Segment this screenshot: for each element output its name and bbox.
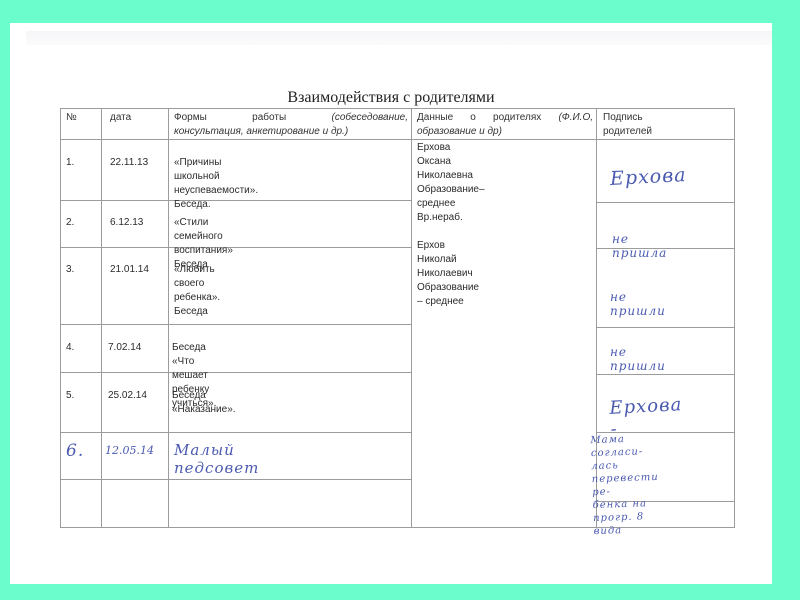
row-line-left <box>60 247 411 248</box>
row-1-form-line2: Беседа. <box>174 198 258 212</box>
row-line-left <box>60 324 411 325</box>
row-5-date: 25.02.14 <box>108 389 147 403</box>
header-forms-line2: консультация, анкетирование и др.) <box>174 126 348 137</box>
col-line-2 <box>168 108 169 528</box>
row-6-form: Малый педсовет <box>174 441 259 477</box>
row-4-number: 4. <box>66 341 74 355</box>
row-1-form: «Причины школьной неуспеваемости». Бесед… <box>174 156 258 212</box>
col-line-0 <box>60 108 61 528</box>
row-3-number: 3. <box>66 263 74 277</box>
row-6-signature-line: лась перевести ре- <box>591 458 659 499</box>
father-education: Образование – среднее <box>417 281 485 309</box>
header-number: № <box>66 111 77 125</box>
header-signature: Подпись родителей <box>603 111 652 139</box>
row-line-signature <box>596 327 734 328</box>
col-line-5 <box>734 108 735 528</box>
row-1-form-line1: «Причины школьной неуспеваемости». <box>174 156 258 198</box>
row-line-left <box>60 479 411 480</box>
table-border-top <box>60 108 734 109</box>
row-2-signature: не пришла <box>612 232 667 260</box>
row-6-signature-line: бенка на прогр. 8 вида <box>592 497 660 538</box>
row-1-number: 1. <box>66 156 74 170</box>
header-parents-word: (Ф.И.О, <box>558 111 593 125</box>
header-parents-word: Данные <box>417 111 453 125</box>
header-parents: Данные о родителях (Ф.И.О, образование и… <box>417 111 593 139</box>
row-3-form: «Любить своего ребенка». Беседа <box>174 263 220 319</box>
col-line-1 <box>101 108 102 528</box>
row-5-number: 5. <box>66 389 74 403</box>
header-parents-line2: образование и др) <box>417 126 502 137</box>
row-4-signature: не пришли <box>610 345 666 373</box>
scan-artifact-strip <box>26 31 772 45</box>
row-3-date: 21.01.14 <box>110 263 149 277</box>
header-divider <box>60 139 734 140</box>
header-forms-word: Формы <box>174 111 207 125</box>
row-2-number: 2. <box>66 216 74 230</box>
scanned-document: Взаимодействия с родителями № дата <box>10 23 772 584</box>
row-6-number: 6. <box>66 441 84 461</box>
mother-education: Образование– среднее <box>417 183 485 211</box>
header-parents-word: о <box>470 111 476 125</box>
row-1-signature: Ерхова <box>609 164 687 190</box>
header-forms-word: работы <box>252 111 286 125</box>
header-parents-word: родителях <box>493 111 541 125</box>
row-1-date: 22.11.13 <box>110 156 148 170</box>
header-date: дата <box>110 111 131 125</box>
row-4-date: 7.02.14 <box>108 341 141 355</box>
header-forms: Формы работы (собеседование, консультаци… <box>174 111 408 139</box>
row-6-signature-line: Мама согласи- <box>590 432 658 460</box>
header-forms-word: (собеседование, <box>332 111 408 125</box>
row-6-signature: Мама согласи- лась перевести ре- бенка н… <box>590 432 661 538</box>
col-line-3 <box>411 108 412 528</box>
father-name: Ерхов Николай Николаевич <box>417 239 485 281</box>
row-line-left <box>60 432 411 433</box>
row-2-date: 6.12.13 <box>110 216 143 230</box>
row-line-signature <box>596 374 734 375</box>
row-line-signature <box>596 202 734 203</box>
row-3-signature: не пришли <box>610 290 666 318</box>
document-title: Взаимодействия с родителями <box>10 89 772 107</box>
mother-name: Ерхова Оксана Николаевна <box>417 141 485 183</box>
row-6-date: 12.05.14 <box>105 444 154 457</box>
row-5-form: Беседа «Наказание». <box>172 389 236 417</box>
parents-info-cell: Ерхова Оксана Николаевна Образование– ср… <box>417 141 485 309</box>
mother-work-status: Вр.нераб. <box>417 211 485 225</box>
row-line-left <box>60 372 411 373</box>
